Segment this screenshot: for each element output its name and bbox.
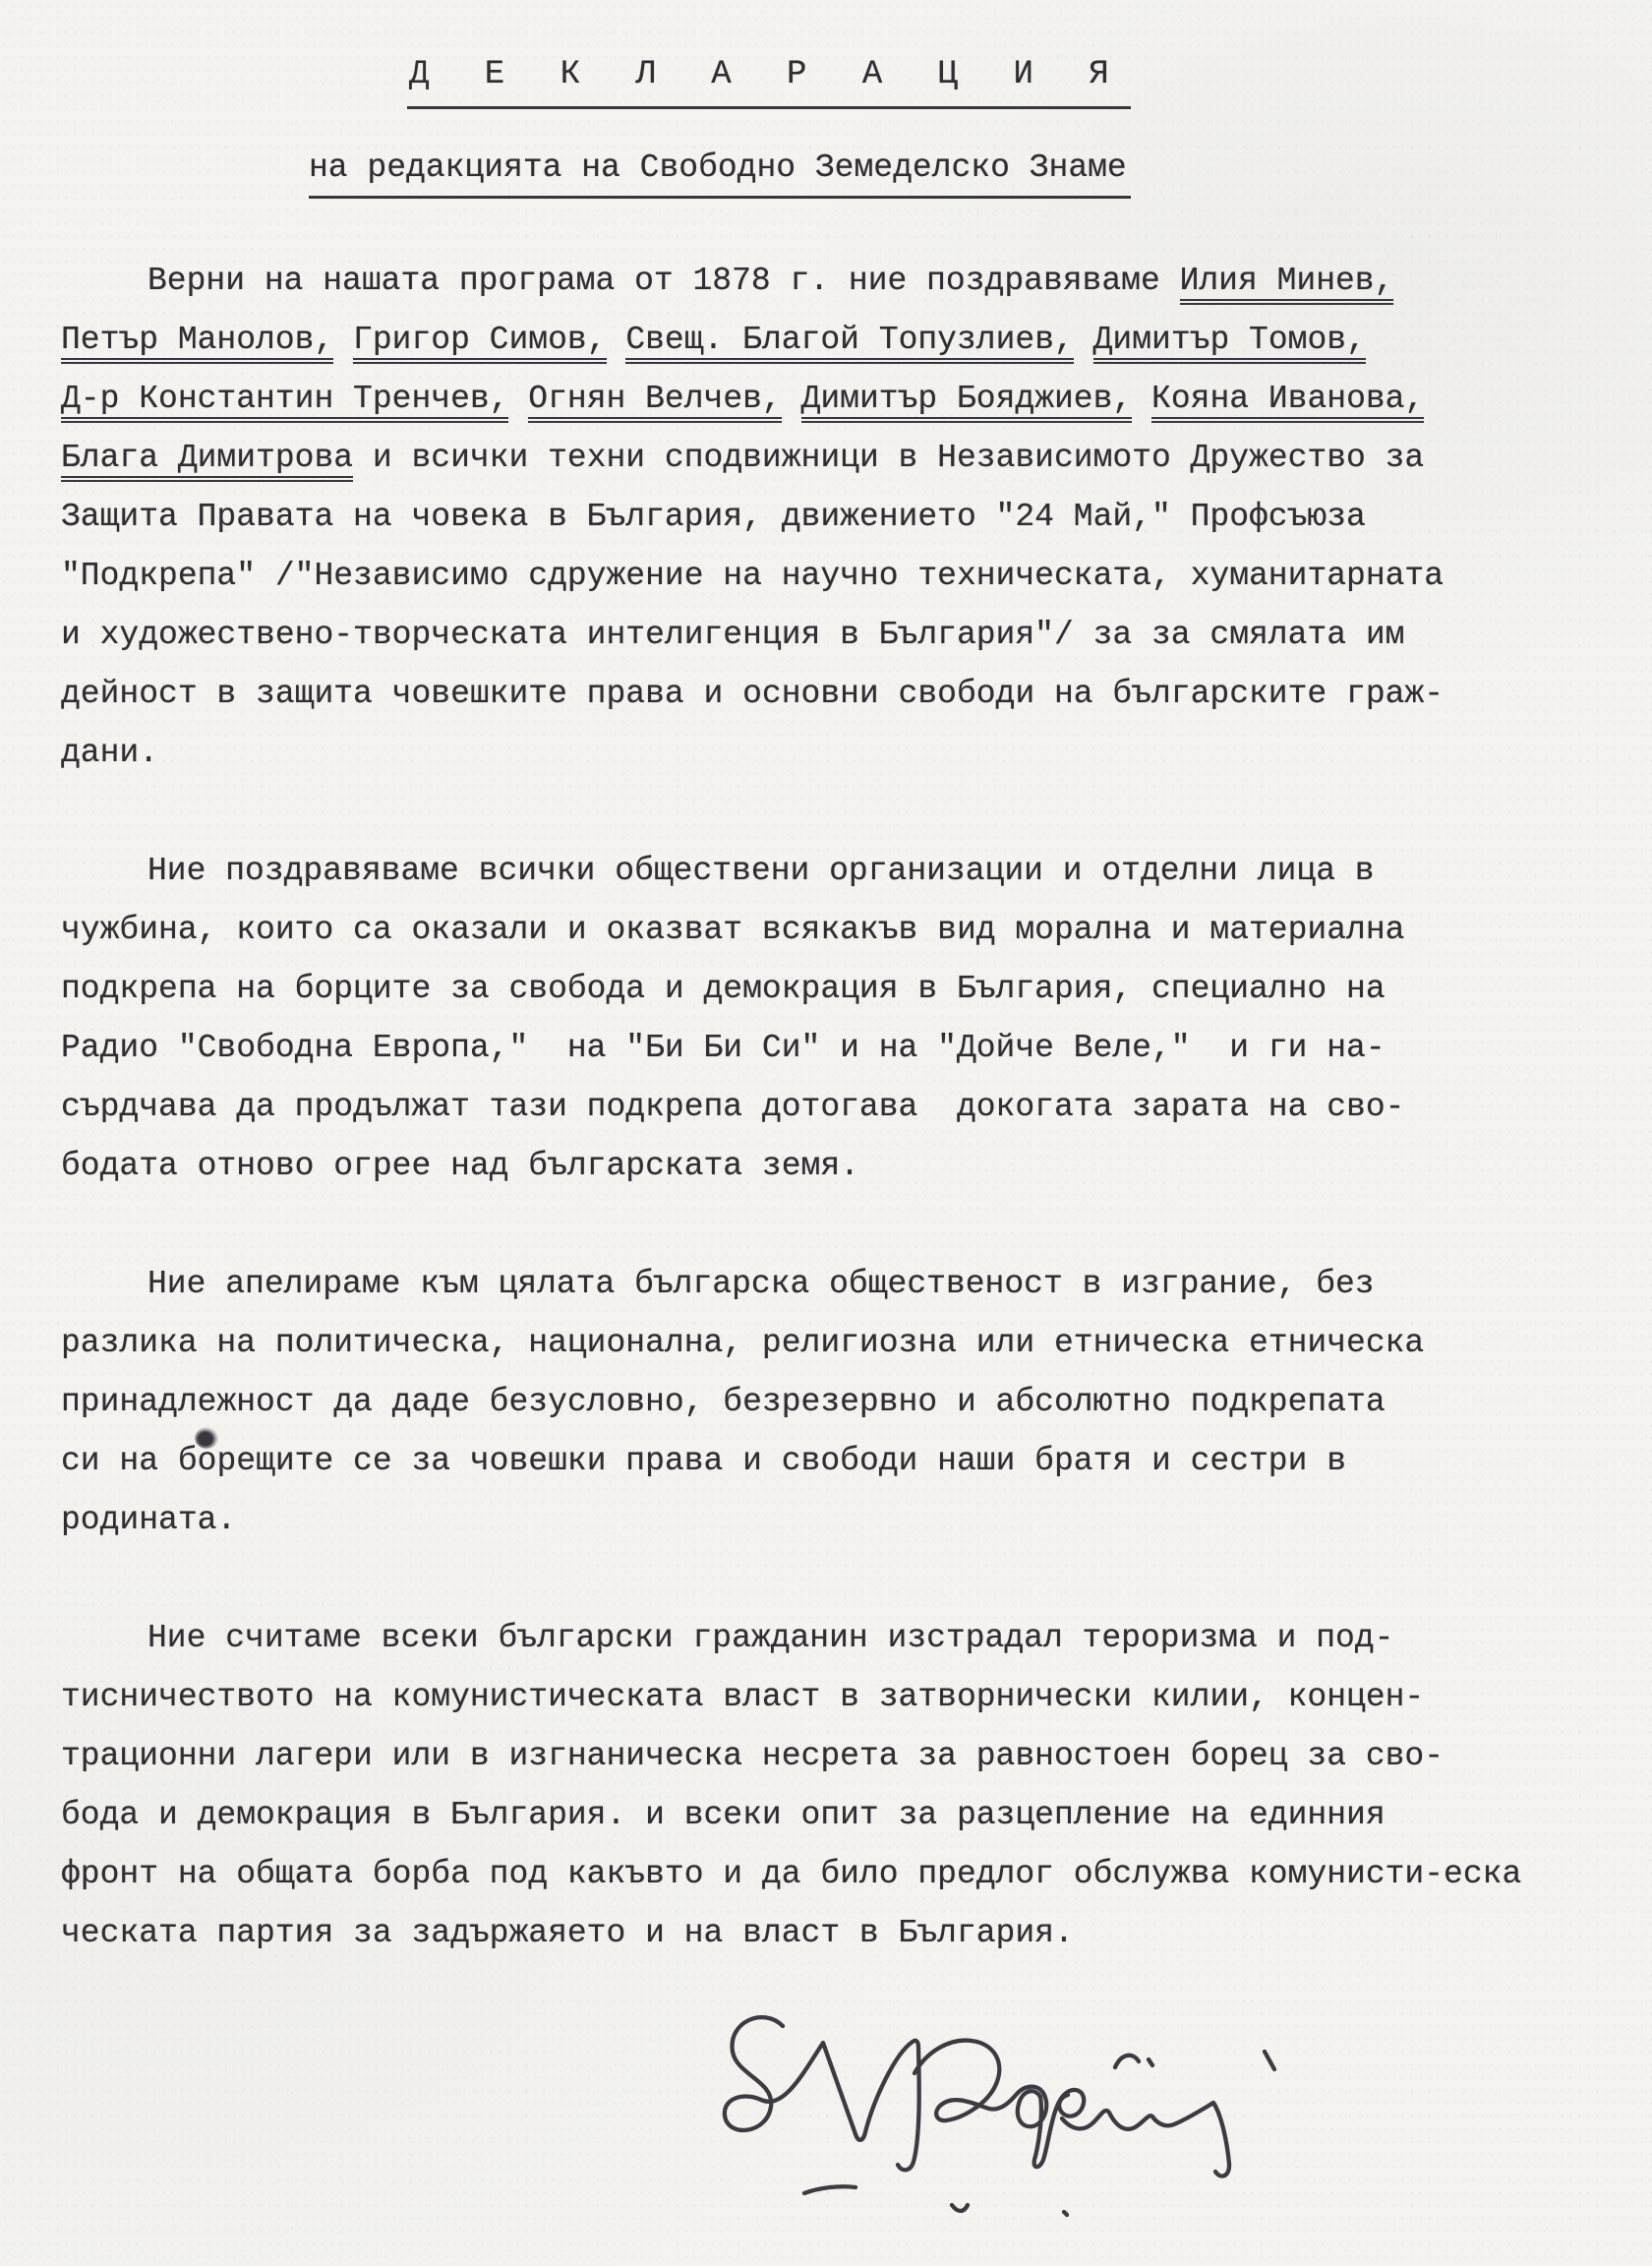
text-segment [607,322,626,358]
document-body: Верни на нашата програма от 1878 г. ние … [61,252,1599,1963]
paragraph: Ние считаме всеки български гражданин из… [61,1609,1599,1963]
text-line: си на борещите се за човешки права и сво… [61,1432,1599,1491]
text-segment: Ние апелираме към цялата българска общес… [147,1266,1375,1302]
handwritten-signature [688,1997,1298,2252]
text-segment: ческата партия за задържаяето и на власт… [61,1915,1074,1951]
text-segment: подкрепа на борците за свобода и демокра… [61,971,1386,1007]
text-segment: Верни на нашата програма от 1878 г. ние … [147,263,1180,299]
document-title: Д Е К Л А Р А Ц И Я [407,55,1131,109]
text-segment: Ние поздравяваме всички обществени орган… [147,853,1375,889]
text-line: дани. [61,724,1599,783]
text-line: родината. [61,1491,1599,1550]
text-line: ческата партия за задържаяето и на власт… [61,1904,1599,1963]
text-segment: принадлежност да даде безусловно, безрез… [61,1384,1386,1420]
text-line: подкрепа на борците за свобода и демокра… [61,960,1599,1019]
ink-blot-character: о [198,1443,217,1479]
text-segment: рещите се за човешки права и свободи наш… [216,1443,1346,1479]
signature-scribble-svg [688,1997,1298,2252]
text-segment: тисничеството на комунистическата власт … [61,1679,1424,1715]
text-line: тисничеството на комунистическата власт … [61,1668,1599,1727]
text-segment: "Подкрепа" /"Независимо сдружение на нау… [61,558,1444,594]
text-line: Защита Правата на човека в България, дви… [61,488,1599,547]
text-segment: бодата отново огрее над българската земя… [61,1148,859,1184]
text-segment: и всички техни сподвижници в Независимот… [353,440,1424,476]
text-segment: дейност в защита човешките права и основ… [61,676,1444,712]
document-content: Д Е К Л А Р А Ц И Я на редакцията на Сво… [61,55,1599,2022]
text-line: Д-р Константин Тренчев, Огнян Велчев, Ди… [61,370,1599,429]
document-subtitle: на редакцията на Свободно Земеделско Зна… [309,149,1131,199]
text-segment: дани. [61,735,158,771]
text-line: Петър Манолов, Григор Симов, Свещ. Благо… [61,311,1599,370]
text-segment [333,322,353,358]
text-line: бодата отново огрее над българската земя… [61,1137,1599,1196]
text-segment: родината. [61,1502,236,1538]
text-line: чужбина, които са оказали и оказват всяк… [61,901,1599,960]
underlined-name: Димитър Томов, [1093,322,1366,364]
text-segment: и художествено-творческата интелигенция … [61,617,1404,653]
title-row: Д Е К Л А Р А Ц И Я [407,55,1599,109]
underlined-name: Огнян Велчев, [528,381,781,423]
text-line: Ние считаме всеки български гражданин из… [61,1609,1599,1668]
underlined-name: Д-р Константин Тренчев, [61,381,508,423]
text-segment: трационни лагери или в изгнаническа неср… [61,1738,1444,1774]
text-line: дейност в защита човешките права и основ… [61,665,1599,724]
text-line: Ние апелираме към цялата българска общес… [61,1255,1599,1314]
paragraph: Ние апелираме към цялата българска общес… [61,1255,1599,1550]
text-segment: Радио "Свободна Европа," на "Би Би Си" и… [61,1030,1386,1066]
text-line: принадлежност да даде безусловно, безрез… [61,1373,1599,1432]
text-line: бода и демокрация в България. и всеки оп… [61,1786,1599,1845]
text-line: "Подкрепа" /"Независимо сдружение на нау… [61,547,1599,606]
underlined-name: Димитър Бояджиев, [801,381,1133,423]
text-segment [508,381,528,417]
scanned-document-page: Д Е К Л А Р А Ц И Я на редакцията на Сво… [0,0,1652,2266]
text-segment [1074,322,1093,358]
underlined-name: Петър Манолов, [61,322,333,364]
text-segment: си на б [61,1443,198,1479]
text-line: Верни на нашата програма от 1878 г. ние … [61,252,1599,311]
text-segment: сърдчава да продължат тази подкрепа дото… [61,1089,1404,1125]
text-line: фронт на общата борба под какъвто и да б… [61,1845,1599,1904]
text-line: Ние поздравяваме всички обществени орган… [61,842,1599,901]
paragraph: Верни на нашата програма от 1878 г. ние … [61,252,1599,783]
subtitle-row: на редакцията на Свободно Земеделско Зна… [309,149,1599,199]
text-segment: фронт на общата борба под какъвто и да б… [61,1856,1521,1892]
text-line: сърдчава да продължат тази подкрепа дото… [61,1078,1599,1137]
text-line: Радио "Свободна Европа," на "Би Би Си" и… [61,1019,1599,1078]
text-segment: Защита Правата на човека в България, дви… [61,499,1366,535]
text-segment: разлика на политическа, национална, рели… [61,1325,1424,1361]
text-line: разлика на политическа, национална, рели… [61,1314,1599,1373]
underlined-name: Илия Минев, [1180,263,1394,305]
text-segment [1132,381,1151,417]
paragraph: Ние поздравяваме всички обществени орган… [61,842,1599,1196]
underlined-name: Блага Димитрова [61,440,353,482]
text-segment [782,381,801,417]
text-segment: бода и демокрация в България. и всеки оп… [61,1797,1386,1833]
text-line: Блага Димитрова и всички техни сподвижни… [61,429,1599,488]
underlined-name: Григор Симов, [353,322,606,364]
text-segment: Ние считаме всеки български гражданин из… [147,1620,1393,1656]
underlined-name: Кояна Иванова, [1151,381,1424,423]
text-line: трационни лагери или в изгнаническа неср… [61,1727,1599,1786]
text-segment: чужбина, които са оказали и оказват всяк… [61,912,1404,948]
underlined-name: Свещ. Благой Топузлиев, [625,322,1073,364]
text-line: и художествено-творческата интелигенция … [61,606,1599,665]
